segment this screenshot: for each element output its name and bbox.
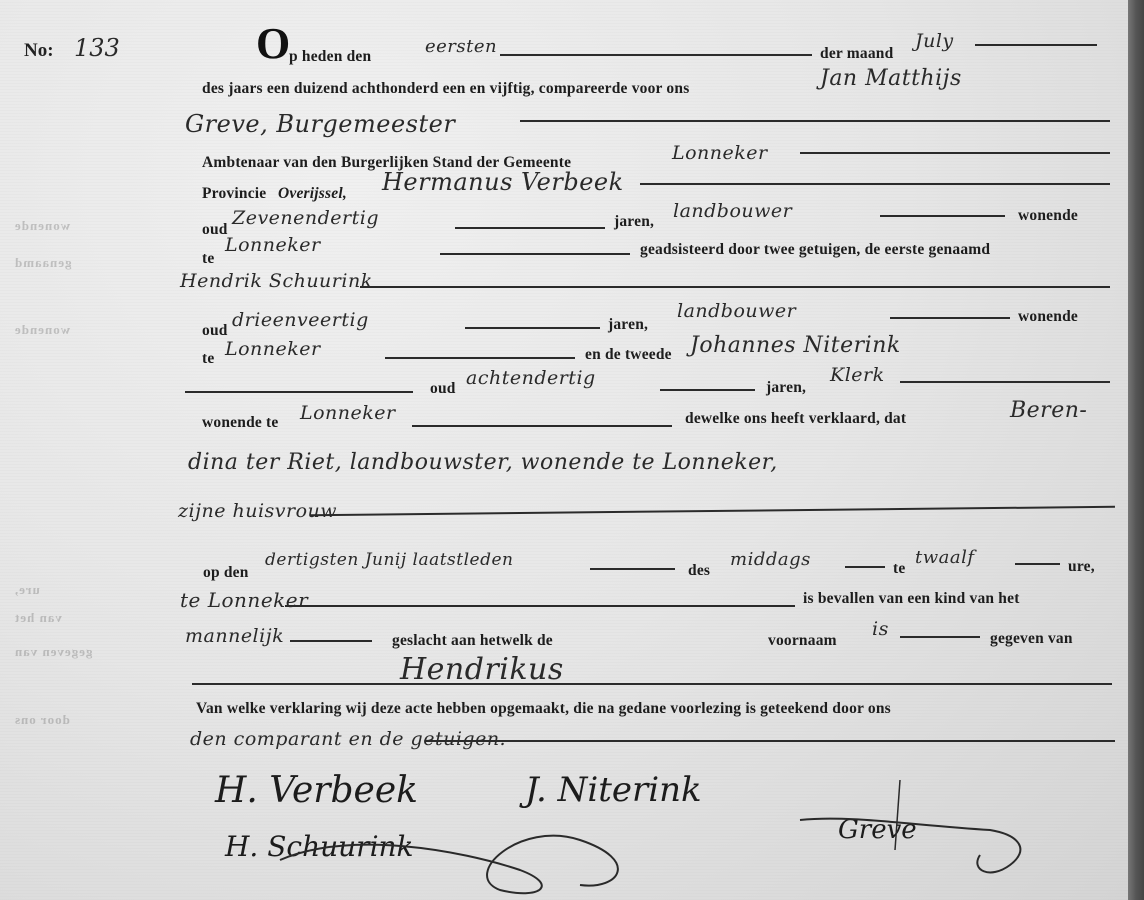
fill-line bbox=[660, 389, 755, 391]
fill-line bbox=[1015, 563, 1060, 565]
bleed-through-text: gegeven van bbox=[14, 644, 93, 660]
printed-text: oud bbox=[202, 221, 228, 239]
fill-line bbox=[900, 381, 1110, 383]
bleed-through-text: door ons bbox=[14, 712, 70, 728]
fill-line bbox=[900, 636, 980, 638]
signature-flourish bbox=[260, 790, 680, 900]
printed-province: Overijssel, bbox=[278, 185, 347, 203]
printed-text: jaren, bbox=[766, 379, 806, 397]
printed-text: te bbox=[202, 250, 214, 268]
bleed-through-text: wonende bbox=[14, 322, 70, 338]
printed-text: wonende te bbox=[202, 414, 278, 432]
printed-text: jaren, bbox=[614, 213, 654, 231]
handwritten-daypart: middags bbox=[730, 549, 811, 570]
fill-line bbox=[185, 391, 413, 393]
printed-text: wonende bbox=[1018, 308, 1078, 326]
fill-line bbox=[500, 54, 812, 56]
handwritten-official-title: Greve, Burgemeester bbox=[185, 110, 455, 138]
handwritten-occupation: landbouwer bbox=[673, 200, 792, 222]
printed-text: wonende bbox=[1018, 207, 1078, 225]
handwritten-mother-details: dina ter Riet, landbouwster, wonende te … bbox=[188, 450, 778, 475]
printed-text: oud bbox=[430, 380, 456, 398]
record-number-label: No: bbox=[24, 40, 54, 62]
printed-closing-text: Van welke verklaring wij deze acte hebbe… bbox=[196, 700, 891, 718]
printed-text: des jaars een duizend achthonderd een en… bbox=[202, 80, 689, 98]
printed-text: der maand bbox=[820, 45, 893, 63]
fill-line bbox=[440, 253, 630, 255]
fill-line bbox=[425, 740, 1115, 742]
fill-line bbox=[290, 640, 372, 642]
printed-text: ure, bbox=[1068, 558, 1095, 576]
fill-line bbox=[285, 605, 795, 607]
fill-line bbox=[880, 215, 1005, 217]
handwritten-day: eersten bbox=[425, 36, 497, 57]
fill-line bbox=[890, 317, 1010, 319]
handwritten-occupation: landbouwer bbox=[677, 300, 796, 322]
fill-line bbox=[975, 44, 1097, 46]
handwritten-birth-date: dertigsten Junij laatstleden bbox=[265, 550, 514, 570]
fill-line bbox=[590, 568, 675, 570]
handwritten-declarant: Hermanus Verbeek bbox=[382, 168, 624, 196]
handwritten-official-name: Jan Matthijs bbox=[820, 66, 962, 91]
handwritten-age: achtendertig bbox=[466, 367, 596, 389]
printed-text: te bbox=[893, 560, 905, 578]
handwritten-age: drieenveertig bbox=[232, 309, 369, 331]
printed-text: oud bbox=[202, 322, 228, 340]
bleed-through-text: genaamd bbox=[14, 255, 72, 271]
handwritten-month: July bbox=[915, 30, 954, 52]
printed-text: Provincie bbox=[202, 185, 266, 203]
printed-text: voornaam bbox=[768, 632, 837, 650]
handwritten-child-name: Hendrikus bbox=[400, 652, 564, 687]
fill-line bbox=[385, 357, 575, 359]
fill-line bbox=[845, 566, 885, 568]
fill-line bbox=[800, 152, 1110, 154]
printed-text: dewelke ons heeft verklaard, dat bbox=[685, 410, 906, 428]
handwritten-residence: Lonneker bbox=[225, 338, 321, 360]
printed-text: des bbox=[688, 562, 710, 580]
fill-line bbox=[455, 227, 605, 229]
fill-line bbox=[192, 683, 1112, 685]
printed-text: gegeven van bbox=[990, 630, 1073, 648]
fill-line bbox=[465, 327, 600, 329]
printed-text: p heden den bbox=[289, 48, 371, 66]
initial-capital: O bbox=[256, 22, 290, 66]
fill-line bbox=[310, 506, 1115, 516]
printed-text: geslacht aan hetwelk de bbox=[392, 632, 553, 650]
record-number: 133 bbox=[74, 34, 120, 62]
handwritten-signers: den comparant en de getuigen. bbox=[190, 728, 506, 750]
handwritten-sex: mannelijk bbox=[185, 625, 284, 647]
bleed-through-text: wonende bbox=[14, 218, 70, 234]
printed-text: op den bbox=[203, 564, 249, 582]
printed-text: en de tweede bbox=[585, 346, 672, 364]
handwritten-residence: Lonneker bbox=[225, 234, 321, 256]
bleed-through-text: van het bbox=[14, 610, 62, 626]
handwritten-municipality: Lonneker bbox=[672, 142, 768, 164]
printed-text: is bevallen van een kind van het bbox=[803, 590, 1020, 608]
bleed-through-text: ure, bbox=[14, 582, 40, 598]
handwritten-residence: Lonneker bbox=[300, 402, 396, 424]
fill-line bbox=[640, 183, 1110, 185]
handwritten-witness1: Hendrik Schuurink bbox=[180, 270, 373, 292]
handwritten-verb: is bbox=[872, 618, 889, 640]
printed-text: te bbox=[202, 350, 214, 368]
handwritten-witness2: Johannes Niterink bbox=[690, 333, 901, 358]
document-page: wonende genaamd wonende ure, van het geg… bbox=[0, 0, 1128, 900]
handwritten-relation: zijne huisvrouw bbox=[178, 500, 337, 522]
handwritten-hour: twaalf bbox=[915, 547, 975, 568]
signature-flourish bbox=[790, 770, 1050, 890]
scan-edge bbox=[1128, 0, 1144, 900]
handwritten-age: Zevenendertig bbox=[232, 207, 379, 229]
handwritten-mother-name: Beren- bbox=[1010, 398, 1087, 423]
printed-text: geadsisteerd door twee getuigen, de eers… bbox=[640, 241, 990, 259]
handwritten-occupation: Klerk bbox=[830, 364, 885, 386]
fill-line bbox=[520, 120, 1110, 122]
fill-line bbox=[360, 286, 1110, 288]
printed-text: jaren, bbox=[608, 316, 648, 334]
fill-line bbox=[412, 425, 672, 427]
handwritten-birth-place: te Lonneker bbox=[180, 588, 308, 612]
